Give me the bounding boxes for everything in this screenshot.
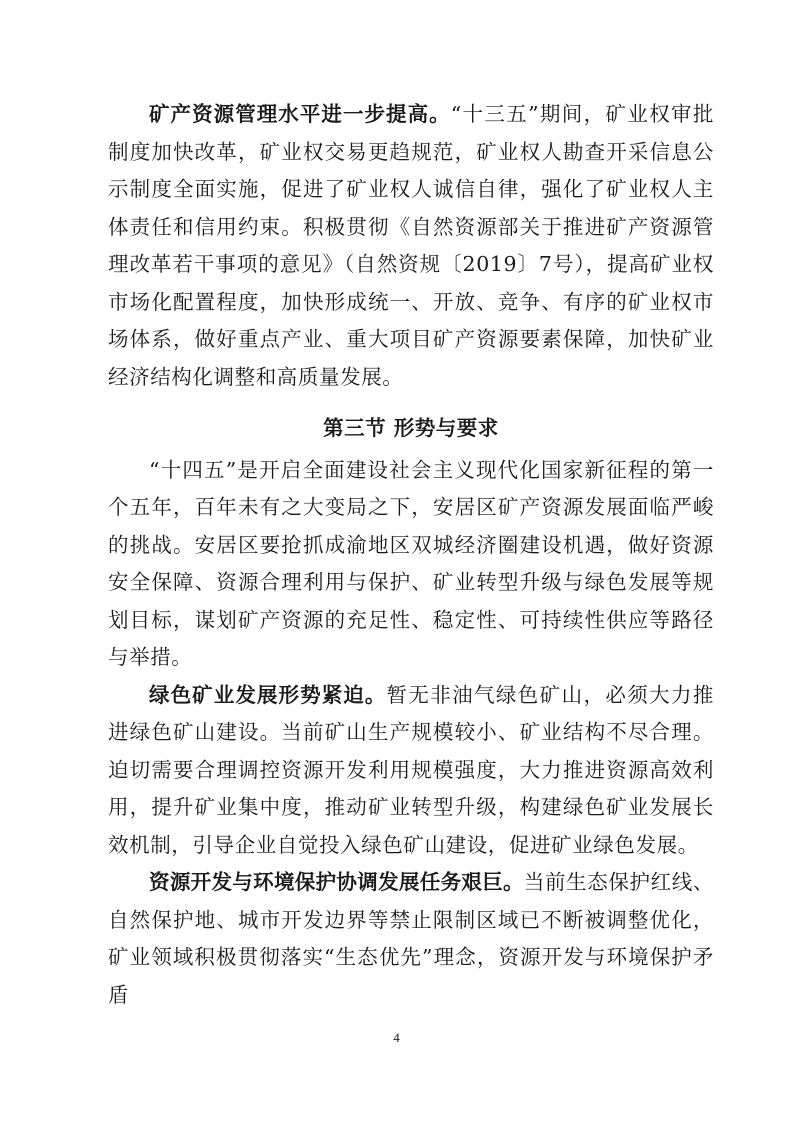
paragraph-body: “十四五”是开启全面建设社会主义现代化国家新征程的第一个五年，百年未有之大变局之… bbox=[108, 458, 714, 670]
paragraph-green-mining: 绿色矿业发展形势紧迫。暂无非油气绿色矿山，必须大力推进绿色矿山建设。当前矿山生产… bbox=[108, 677, 714, 865]
page-number: 4 bbox=[0, 1030, 793, 1046]
paragraph-lead: 绿色矿业发展形势紧迫。 bbox=[149, 683, 386, 707]
spacer bbox=[108, 396, 714, 402]
paragraph-situation: “十四五”是开启全面建设社会主义现代化国家新征程的第一个五年，百年未有之大变局之… bbox=[108, 452, 714, 677]
document-page: 矿产资源管理水平进一步提高。“十三五”期间，矿业权审批制度加快改革，矿业权交易更… bbox=[108, 96, 714, 1014]
paragraph-environment: 资源开发与环境保护协调发展任务艰巨。当前生态保护红线、自然保护地、城市开发边界等… bbox=[108, 864, 714, 1014]
paragraph-mineral-management: 矿产资源管理水平进一步提高。“十三五”期间，矿业权审批制度加快改革，矿业权交易更… bbox=[108, 96, 714, 396]
paragraph-lead: 矿产资源管理水平进一步提高。 bbox=[149, 102, 451, 126]
paragraph-lead: 资源开发与环境保护协调发展任务艰巨。 bbox=[149, 870, 524, 894]
paragraph-body: 暂无非油气绿色矿山，必须大力推进绿色矿山建设。当前矿山生产规模较小、矿业结构不尽… bbox=[108, 683, 714, 857]
paragraph-body: “十三五”期间，矿业权审批制度加快改革，矿业权交易更趋规范，矿业权人勘查开采信息… bbox=[108, 102, 714, 389]
section-heading: 第三节 形势与要求 bbox=[108, 410, 714, 448]
